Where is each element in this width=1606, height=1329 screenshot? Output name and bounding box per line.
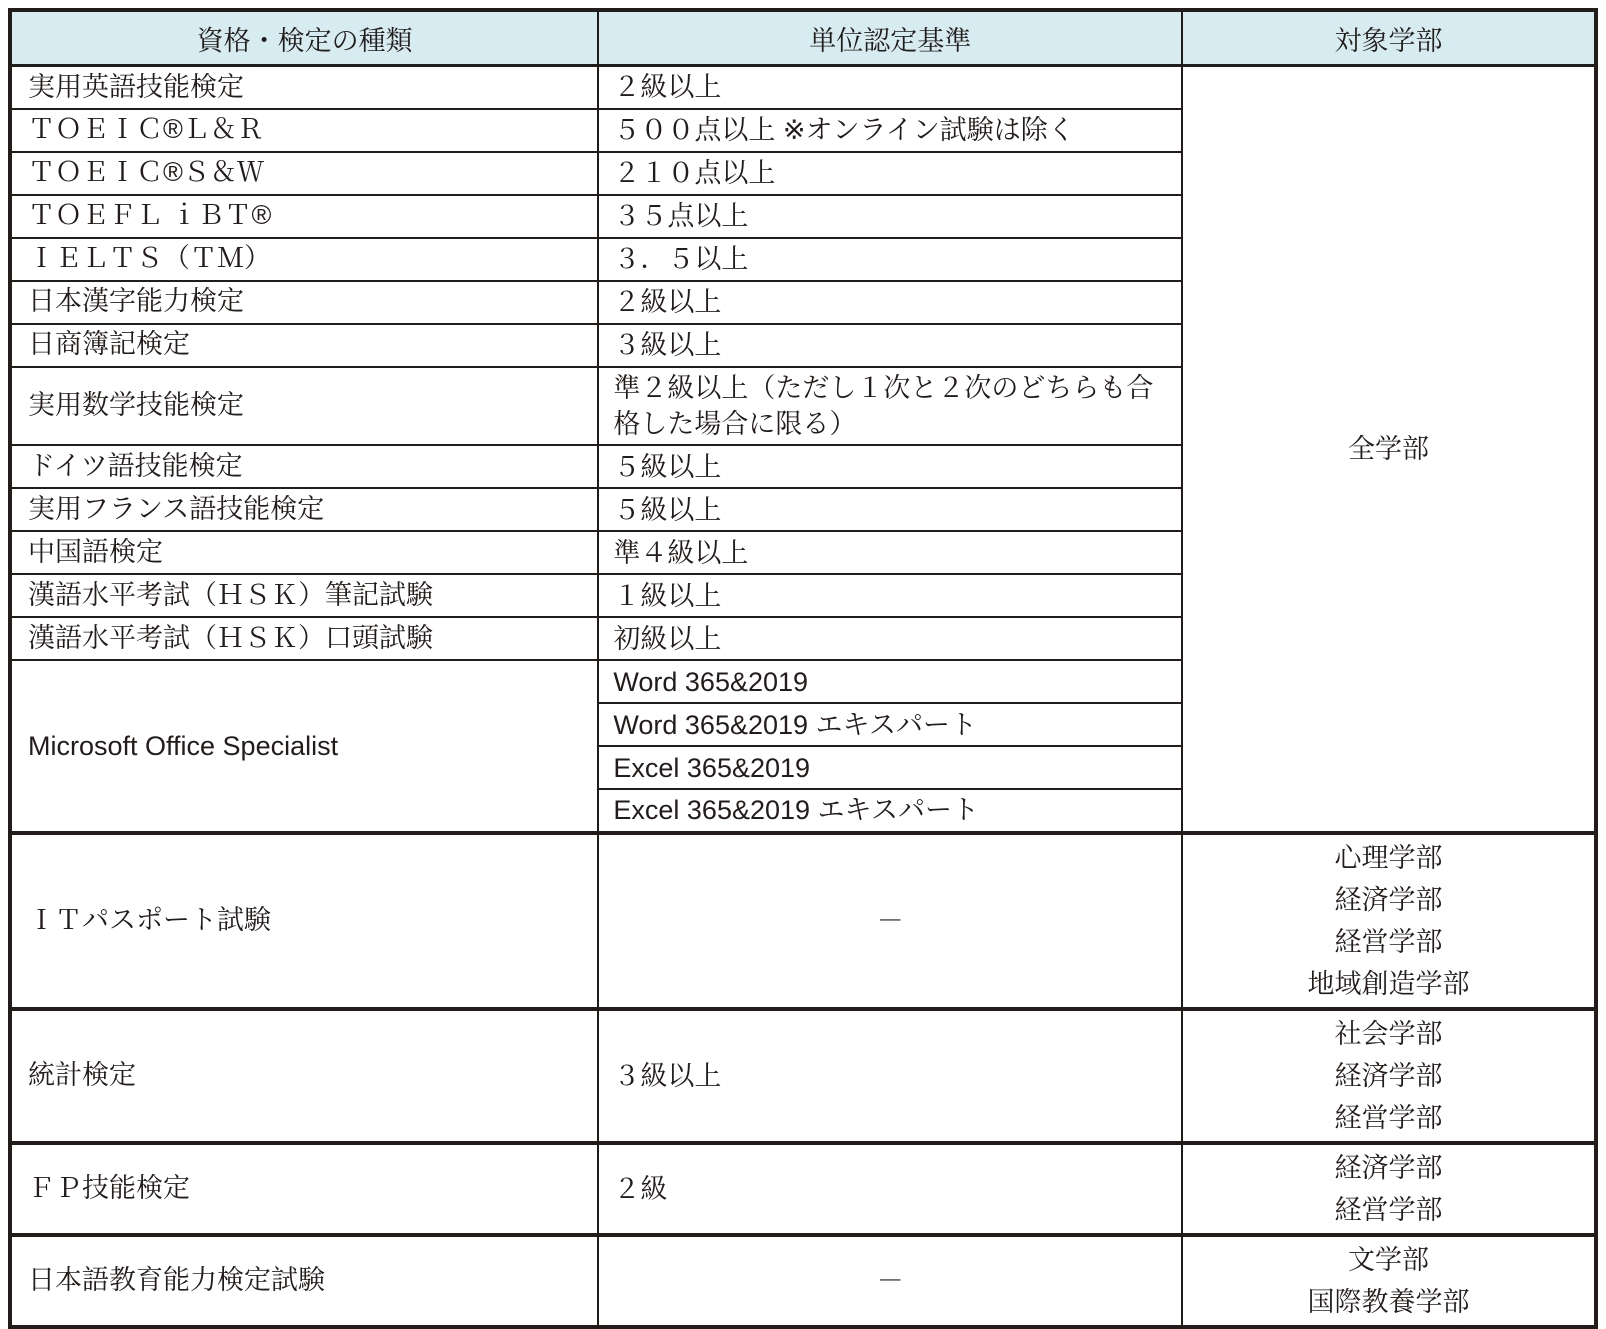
faculty-cell: 社会学部経済学部経営学部 (1182, 1009, 1596, 1143)
table-row: ＩＴパスポート試験－心理学部経済学部経営学部地域創造学部 (10, 833, 1596, 1009)
criteria-cell: ３級以上 (598, 324, 1182, 367)
header-qualification-type: 資格・検定の種類 (10, 10, 598, 66)
qualification-name-cell: ＴＯＥＩＣ®Ｌ＆Ｒ (10, 109, 598, 152)
qualification-name-cell: ＦＰ技能検定 (10, 1143, 598, 1235)
header-row: 資格・検定の種類 単位認定基準 対象学部 (10, 10, 1596, 66)
qualifications-table: 資格・検定の種類 単位認定基準 対象学部 実用英語技能検定２級以上全学部ＴＯＥＩ… (8, 8, 1598, 1329)
criteria-cell: 準２級以上（ただし１次と２次のどちらも合格した場合に限る） (598, 367, 1182, 446)
criteria-cell: ２級以上 (598, 281, 1182, 324)
faculty-cell: 経済学部経営学部 (1182, 1143, 1596, 1235)
qualification-name-cell: 実用フランス語技能検定 (10, 488, 598, 531)
qualification-name-cell: 漢語水平考試（ＨＳＫ）筆記試験 (10, 574, 598, 617)
qualification-name-cell: 実用数学技能検定 (10, 367, 598, 446)
table-body: 実用英語技能検定２級以上全学部ＴＯＥＩＣ®Ｌ＆Ｒ５００点以上 ※オンライン試験は… (10, 66, 1596, 1327)
criteria-cell: － (598, 833, 1182, 1009)
criteria-cell: ３５点以上 (598, 195, 1182, 238)
criteria-cell: ５級以上 (598, 445, 1182, 488)
document-page: 資格・検定の種類 単位認定基準 対象学部 実用英語技能検定２級以上全学部ＴＯＥＩ… (0, 0, 1606, 1307)
table-row: 日本語教育能力検定試験－文学部国際教養学部 (10, 1235, 1596, 1327)
header-target-faculty: 対象学部 (1182, 10, 1596, 66)
table-header: 資格・検定の種類 単位認定基準 対象学部 (10, 10, 1596, 66)
criteria-cell: Excel 365&2019 (598, 746, 1182, 789)
criteria-cell: ２１０点以上 (598, 152, 1182, 195)
criteria-cell: １級以上 (598, 574, 1182, 617)
criteria-cell: Word 365&2019 (598, 660, 1182, 703)
qualification-name-cell: ドイツ語技能検定 (10, 445, 598, 488)
table-row: 実用英語技能検定２級以上全学部 (10, 66, 1596, 109)
criteria-cell: ３．５以上 (598, 238, 1182, 281)
criteria-cell: ５００点以上 ※オンライン試験は除く (598, 109, 1182, 152)
qualification-name-cell: 中国語検定 (10, 531, 598, 574)
qualification-name-cell: ＩＥＬＴＳ（ＴＭ） (10, 238, 598, 281)
header-credit-criteria: 単位認定基準 (598, 10, 1182, 66)
criteria-cell: － (598, 1235, 1182, 1327)
criteria-cell: Excel 365&2019 エキスパート (598, 789, 1182, 832)
qualification-name-cell: Microsoft Office Specialist (10, 660, 598, 832)
faculty-cell: 全学部 (1182, 66, 1596, 833)
qualification-name-cell: 漢語水平考試（ＨＳＫ）口頭試験 (10, 617, 598, 660)
criteria-cell: Word 365&2019 エキスパート (598, 703, 1182, 746)
table-row: 統計検定３級以上社会学部経済学部経営学部 (10, 1009, 1596, 1143)
qualification-name-cell: 日本語教育能力検定試験 (10, 1235, 598, 1327)
table-row: ＦＰ技能検定２級経済学部経営学部 (10, 1143, 1596, 1235)
criteria-cell: 準４級以上 (598, 531, 1182, 574)
faculty-cell: 心理学部経済学部経営学部地域創造学部 (1182, 833, 1596, 1009)
criteria-cell: 初級以上 (598, 617, 1182, 660)
qualification-name-cell: 日商簿記検定 (10, 324, 598, 367)
qualification-name-cell: 実用英語技能検定 (10, 66, 598, 109)
criteria-cell: ３級以上 (598, 1009, 1182, 1143)
qualification-name-cell: ＩＴパスポート試験 (10, 833, 598, 1009)
qualification-name-cell: 統計検定 (10, 1009, 598, 1143)
criteria-cell: ５級以上 (598, 488, 1182, 531)
qualification-name-cell: 日本漢字能力検定 (10, 281, 598, 324)
criteria-cell: ２級以上 (598, 66, 1182, 109)
faculty-cell: 文学部国際教養学部 (1182, 1235, 1596, 1327)
criteria-cell: ２級 (598, 1143, 1182, 1235)
qualification-name-cell: ＴＯＥＦＬ ｉＢＴ® (10, 195, 598, 238)
qualification-name-cell: ＴＯＥＩＣ®Ｓ＆Ｗ (10, 152, 598, 195)
